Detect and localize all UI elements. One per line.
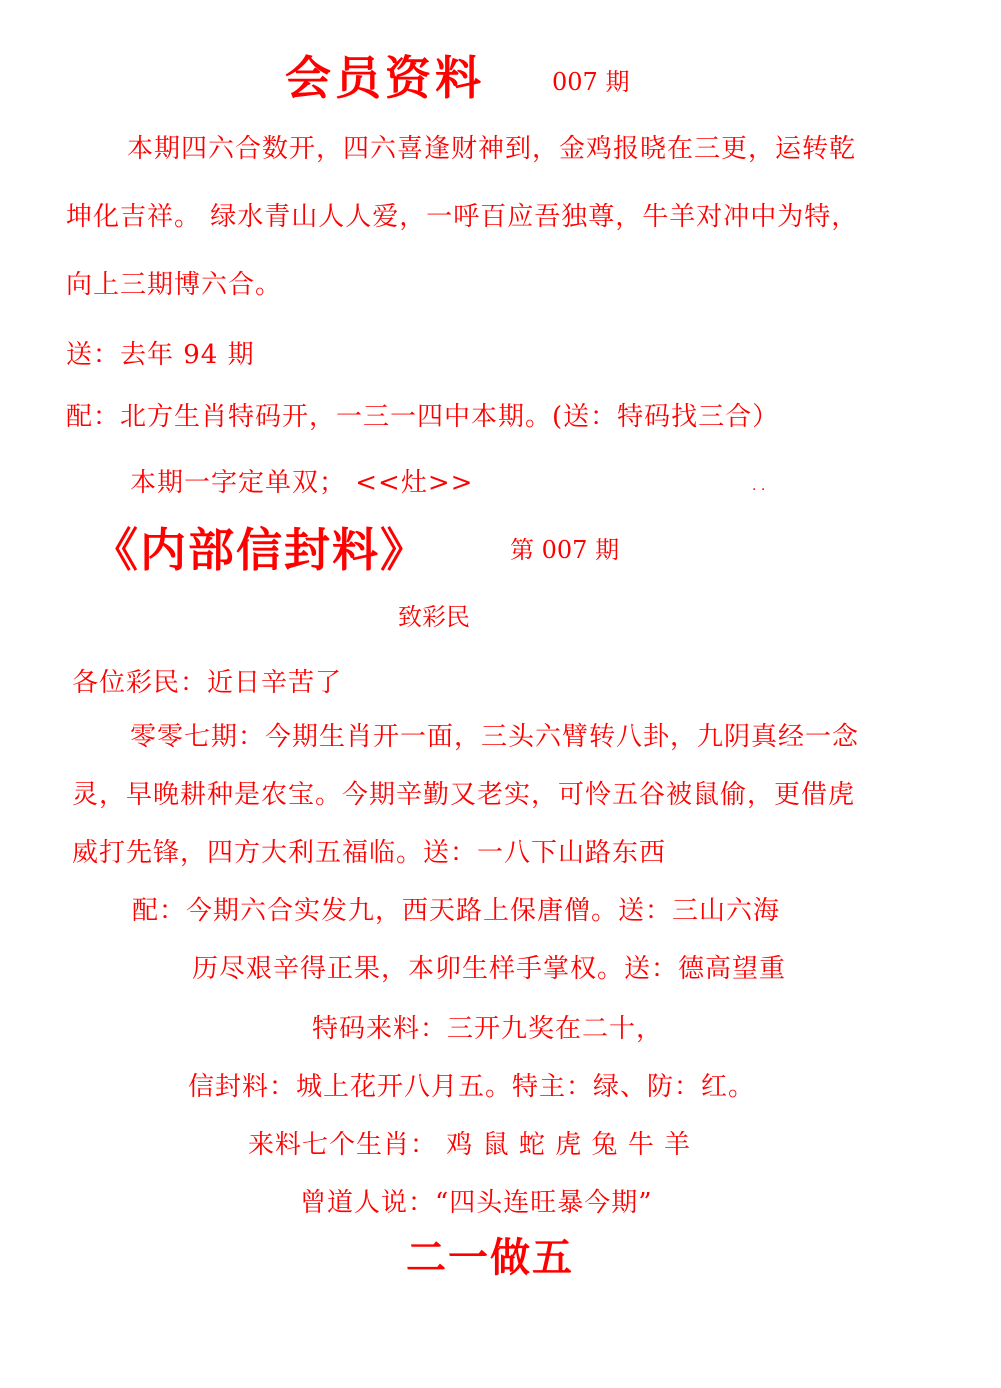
envelope-issue: 第 007 期 [510,530,619,565]
envelope-line: 信封料：城上花开八月五。特主：绿、防：红。 [188,1066,755,1103]
body-line-1: 零零七期：今期生肖开一面，三头六臂转八卦，九阴真经一念 [130,716,859,753]
special-code-line: 特码来料：三开九奖在二十， [312,1008,663,1045]
match-line-2: 历尽艰辛得正果，本卯生样手掌权。送：德高望重 [192,948,786,985]
zodiac-item: 兔 [591,1130,618,1160]
zodiac-item: 蛇 [519,1130,546,1160]
final-hint: 二一做五 [406,1226,574,1283]
gift-line: 送：去年 94 期 [66,334,255,371]
dots: . . [752,478,765,494]
zodiac-item: 鸡 [446,1130,473,1160]
quote-line: 曾道人说：“四头连旺暴今期” [300,1182,653,1219]
zodiac-item: 牛 [628,1130,655,1160]
zodiac-label: 来料七个生肖： [248,1130,437,1160]
zodiac-line: 来料七个生肖： 鸡 鼠 蛇 虎 兔 牛 羊 [248,1124,691,1161]
body-line-2: 灵，早晚耕种是农宝。今期辛勤又老实，可怜五谷被鼠偷，更借虎 [72,774,855,811]
member-info-title: 会员资料 [285,42,485,108]
paragraph-line-1: 本期四六合数开，四六喜逢财神到，金鸡报晓在三更，运转乾 [127,128,856,165]
greeting: 各位彩民：近日辛苦了 [72,662,342,699]
zodiac-item: 羊 [664,1130,691,1160]
match-line-1: 配：今期六合实发九，西天路上保唐僧。送：三山六海 [132,890,780,927]
zodiac-item: 虎 [555,1130,582,1160]
odd-even-line: 本期一字定单双； <<灶>> [130,462,473,499]
paragraph-line-3: 向上三期博六合。 [66,264,282,301]
member-info-issue: 007 期 [552,62,629,97]
match-line: 配：北方生肖特码开，一三一四中本期。(送：特码找三合） [66,396,779,433]
zodiac-item: 鼠 [483,1130,510,1160]
paragraph-line-2: 坤化吉祥。 绿水青山人人爱，一呼百应吾独尊，牛羊对冲中为特， [66,196,858,233]
envelope-title: 《内部信封料》 [92,514,428,580]
body-line-3: 威打先锋，四方大利五福临。送：一八下山路东西 [72,832,666,869]
envelope-subtitle: 致彩民 [398,597,470,632]
